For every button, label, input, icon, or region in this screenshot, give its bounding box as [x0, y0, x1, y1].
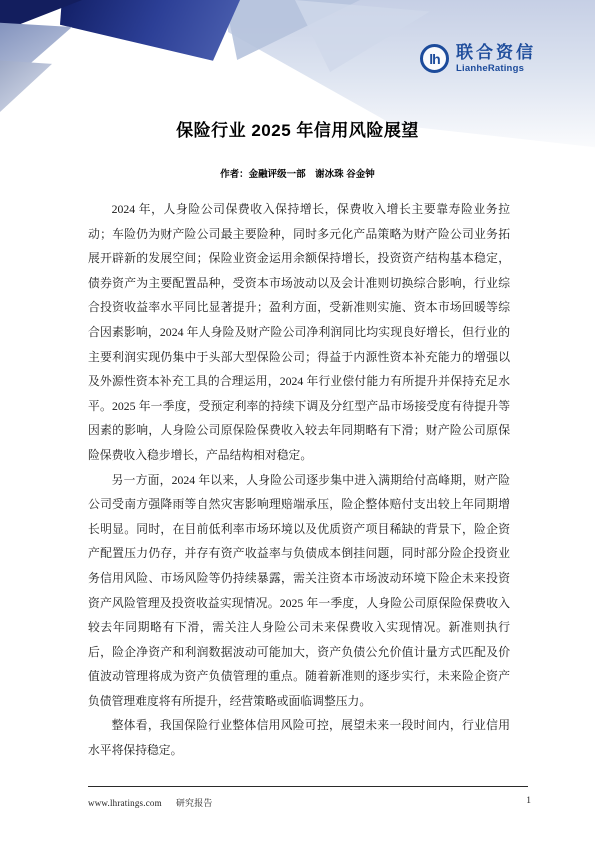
deco-polygon-blue: [60, 0, 240, 62]
report-page: { "logo": { "monogram": "lh", "name_cn":…: [0, 0, 595, 841]
deco-triangle-gray: [0, 56, 52, 112]
footer-doc-type: 研究报告: [176, 796, 213, 809]
authors-line: 作者：金融评级一部 谢冰珠 谷金钟: [0, 166, 595, 180]
logo-text: 联合资信 LianheRatings: [456, 44, 536, 74]
header-decoration: lh 联合资信 LianheRatings: [0, 0, 595, 170]
body-paragraph-3: 整体看，我国保险行业整体信用风险可控，展望未来一段时间内，行业信用水平将保持稳定…: [88, 713, 510, 762]
lianhe-logo-icon: lh: [420, 44, 449, 73]
report-body: 2024 年，人身险公司保费收入保持增长，保费收入增长主要靠寿险业务拉动；车险仍…: [88, 197, 510, 763]
footer-website: www.lhratings.com: [88, 798, 162, 808]
footer-info: www.lhratings.com 研究报告: [88, 796, 213, 809]
body-paragraph-1: 2024 年，人身险公司保费收入保持增长，保费收入增长主要靠寿险业务拉动；车险仍…: [88, 197, 510, 468]
lianhe-ratings-logo: lh 联合资信 LianheRatings: [420, 44, 536, 74]
report-title: 保险行业 2025 年信用风险展望: [0, 116, 595, 141]
footer-divider: [88, 786, 528, 787]
body-paragraph-2: 另一方面，2024 年以来，人身险公司逐步集中进入满期给付高峰期，财产险公司受南…: [88, 468, 510, 714]
footer-page-number: 1: [526, 796, 531, 806]
logo-name-en: LianheRatings: [456, 64, 536, 74]
logo-name-cn: 联合资信: [456, 44, 536, 62]
